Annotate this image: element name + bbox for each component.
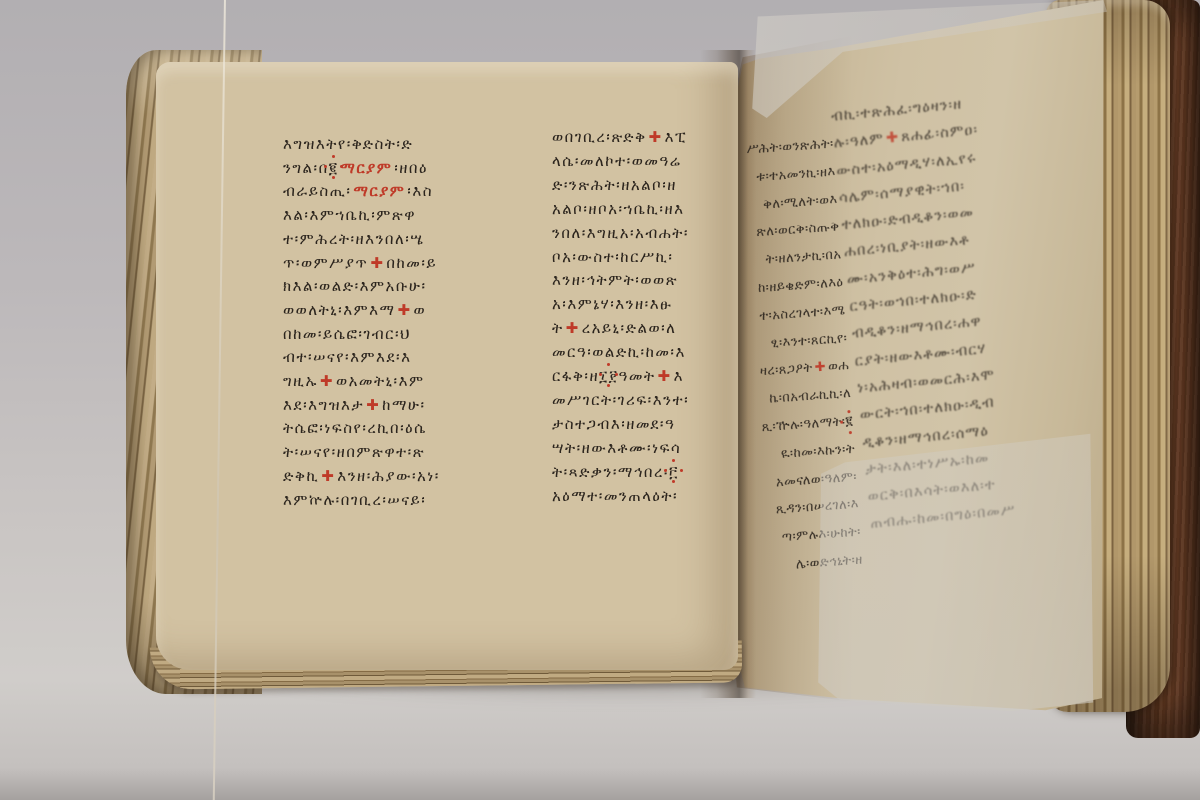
manuscript-text: መሥገርት፡ገሪፍ፡እንተ፡ xyxy=(552,391,689,409)
rubricated-text: ✚ xyxy=(647,128,665,146)
manuscript-text: ቦአ፡ውስተ፡ከርሥኪ፡ xyxy=(552,248,673,266)
manuscript-text: ግዚኡ xyxy=(283,372,318,390)
manuscript-text-line: አዕማተ፡መንጠላዕት፡ xyxy=(552,485,689,509)
manuscript-text: በከመ፡ይሴፎ፡ገብር፡ህ xyxy=(283,325,411,343)
manuscript-text: ክእል፡ወልድ፡እምአቡሁ፡ xyxy=(283,277,427,295)
manuscript-text: አልቦ፡ዘቦአ፡ኀቤኪ፡ዘእ xyxy=(552,200,685,218)
manuscript-text-line: ቦአ፡ውስተ፡ከርሥኪ፡ xyxy=(552,246,689,270)
manuscript-text: ረአይኒ፡ድልወ፡ለ xyxy=(582,319,677,337)
rubricated-text: ✚ xyxy=(395,301,413,319)
manuscript-text: ወአመትኒ፡እም xyxy=(336,372,425,390)
manuscript-text-line: ወወለትኒ፡እምእማ✚ወ xyxy=(283,299,440,323)
manuscript-text: ት xyxy=(552,319,564,337)
ethiopic-numeral: ፪ xyxy=(845,414,854,429)
manuscript-text-line: እግዝእትየ፡ቅድስት፡ድ xyxy=(283,133,440,157)
manuscript-text-line: ሣት፡ዘውእቶሙ፡ነፍሳ xyxy=(552,437,689,461)
manuscript-text: ብራይስጢ፡ xyxy=(283,182,351,200)
manuscript-text: ት፡ጻድቃን፡ማኅበረ፡ xyxy=(552,463,669,481)
manuscript-text-line: አልቦ፡ዘቦአ፡ኀቤኪ፡ዘእ xyxy=(552,198,689,222)
manuscript-text-line: ክእል፡ወልድ፡እምአቡሁ፡ xyxy=(283,275,440,299)
manuscript-text-line: እደ፡እግዝእታ✚ከማሁ፡ xyxy=(283,394,440,418)
manuscript-text: ሉ፡ዓለም xyxy=(833,131,885,152)
manuscript-text: ከ፡ዘይቄድም፡ለእዕ xyxy=(758,275,844,296)
manuscript-text: እ xyxy=(674,367,684,385)
rubricated-text: ✚ xyxy=(364,396,382,414)
manuscript-text: ት፡ዘለንታኪ፡በአ xyxy=(765,247,842,267)
manuscript-text-line: በከመ፡ይሴፎ፡ገብር፡ህ xyxy=(283,323,440,347)
manuscript-text-line: ወበገቢረ፡ጽድቅ✚እፒ xyxy=(552,126,689,150)
tissue-guard-bottom xyxy=(814,428,1096,714)
manuscript-text: አ፡እምኔሃ፡እንዘ፡እፁ xyxy=(552,295,672,313)
manuscript-text: እግዝእትየ፡ቅድስት፡ድ xyxy=(283,135,413,153)
manuscript-text: ታስተጋብእ፡ዘመደ፡ዓ xyxy=(552,415,675,433)
manuscript-text: ት፡ሠናየ፡ዘበምጽዋተ፡ጽ xyxy=(283,443,425,461)
manuscript-text: ጥ፡ወምሥያጥ xyxy=(283,254,368,272)
left-page-text-column-1: እግዝእትየ፡ቅድስት፡ድንግል፡በ፪ማርያም፡ዘበዕብራይስጢ፡ማርያም፡እስ… xyxy=(283,133,440,512)
manuscript-text: ዓመት xyxy=(618,367,655,385)
rubricated-text: ማርያም xyxy=(351,182,407,200)
manuscript-text: ጽለ፡ወርቅ፡ስጡቅ xyxy=(756,220,840,241)
manuscript-text: ቱ፡ተአመንኪ፡ዘእ xyxy=(756,164,836,185)
manuscript-text: ፂ፡እንተ፡ጸርኪየ፡ xyxy=(770,331,847,351)
rubricated-text: ✚ xyxy=(368,254,386,272)
manuscript-text-line: ት፡ጻድቃን፡ማኅበረ፡፫ xyxy=(552,461,689,485)
manuscript-text: ሣት፡ዘውእቶሙ፡ነፍሳ xyxy=(552,439,681,457)
manuscript-text-line: ንግል፡በ፪ማርያም፡ዘበዕ xyxy=(283,157,440,181)
manuscript-text: ንግል፡በ xyxy=(283,159,329,177)
manuscript-text: እንዘ፡ኅትምት፡ወወጽ xyxy=(552,271,678,289)
manuscript-photograph: እግዝእትየ፡ቅድስት፡ድንግል፡በ፪ማርያም፡ዘበዕብራይስጢ፡ማርያም፡እስ… xyxy=(0,0,1200,800)
manuscript-text: ሥሕት፡ወንጽሕት፡ xyxy=(746,137,834,158)
manuscript-text: ኬ፡በአብራኪኪ፡ለ xyxy=(769,386,852,407)
manuscript-text-line: አ፡እምኔሃ፡እንዘ፡እፁ xyxy=(552,293,689,317)
manuscript-text: ወሐ xyxy=(828,358,850,374)
manuscript-text-line: ድ፡ንጽሕት፡ዘአልቦ፡ዘ xyxy=(552,174,689,198)
manuscript-text: ወ xyxy=(414,301,427,319)
rubricated-text: ✚ xyxy=(319,467,337,485)
manuscript-text-line: ርፋቅ፡ዘ፲፻ዓመት✚እ xyxy=(552,365,689,389)
manuscript-text: ትሴፎ፡ነፍስየ፡ረኪበ፡ዕሴ xyxy=(283,419,427,437)
manuscript-text: ዛረ፡ጸጋዖት xyxy=(759,361,813,380)
manuscript-text: እፒ xyxy=(665,128,687,146)
manuscript-text-line: ትሴፎ፡ነፍስየ፡ረኪበ፡ዕሴ xyxy=(283,417,440,441)
manuscript-text-line: መሥገርት፡ገሪፍ፡እንተ፡ xyxy=(552,389,689,413)
manuscript-text: ከማሁ፡ xyxy=(382,396,425,414)
rubricated-text: ✚ xyxy=(564,319,582,337)
left-page-text-column-2: ወበገቢረ፡ጽድቅ✚እፒላሴ፡መለኮተ፡ወመዓሬድ፡ንጽሕት፡ዘአልቦ፡ዘአልቦ… xyxy=(552,126,689,509)
manuscript-text-line: ታስተጋብእ፡ዘመደ፡ዓ xyxy=(552,413,689,437)
manuscript-text: እል፡እምኀቤኪ፡ምጽዋ xyxy=(283,206,416,224)
manuscript-text: ተ፡አስረገላተ፡እሜ xyxy=(759,303,846,324)
manuscript-text-line: ንበለ፡እግዚአ፡አብሐት፡ xyxy=(552,222,689,246)
manuscript-text-line: እንዘ፡ኅትምት፡ወወጽ xyxy=(552,269,689,293)
manuscript-text-line: ት፡ሠናየ፡ዘበምጽዋተ፡ጽ xyxy=(283,441,440,465)
manuscript-text: ንበለ፡እግዚአ፡አብሐት፡ xyxy=(552,224,689,242)
manuscript-text: ድቅኪ xyxy=(283,467,319,485)
manuscript-text: ፡ዘበዕ xyxy=(394,159,428,177)
manuscript-text-line: ድቅኪ✚እንዘ፡ሕያው፡አነ፡ xyxy=(283,465,440,489)
manuscript-text: ድ፡ንጽሕት፡ዘአልቦ፡ዘ xyxy=(552,176,677,194)
rubricated-text: ማርያም xyxy=(338,159,394,177)
ethiopic-numeral: ፫ xyxy=(669,463,679,481)
rubricated-text: ✚ xyxy=(656,367,674,385)
manuscript-text-line: ላሴ፡መለኮተ፡ወመዓሬ xyxy=(552,150,689,174)
manuscript-text: ዪ፡ከመ፡እኩን፡ት xyxy=(780,442,855,462)
manuscript-text-line: ብተ፡ሠናየ፡እምእደ፡እ xyxy=(283,346,440,370)
manuscript-text: መርዓ፡ወልድኪ፡ከመ፡እ xyxy=(552,343,686,361)
manuscript-text: ላሴ፡መለኮተ፡ወመዓሬ xyxy=(552,152,681,170)
rubricated-text: ✚ xyxy=(318,372,336,390)
manuscript-text: ርፋቅ፡ዘ xyxy=(552,367,599,385)
manuscript-text: ጸሐፊ፡ስምዐ፡ xyxy=(901,122,979,145)
manuscript-text: ወበገቢረ፡ጽድቅ xyxy=(552,128,647,146)
manuscript-text: ፡እስ xyxy=(407,182,433,200)
manuscript-text-line: መርዓ፡ወልድኪ፡ከመ፡እ xyxy=(552,341,689,365)
manuscript-text: በከመ፡ይ xyxy=(386,254,437,272)
manuscript-text: ቅለ፡ሚለት፡ወእ xyxy=(763,192,839,212)
manuscript-text-line: እል፡እምኀቤኪ፡ምጽዋ xyxy=(283,204,440,228)
rubricated-text: ✚ xyxy=(812,360,828,376)
ethiopic-numeral: ፪ xyxy=(329,159,339,177)
manuscript-text-line: ጥ፡ወምሥያጥ✚በከመ፡ይ xyxy=(283,252,440,276)
manuscript-text: ጺ፡ዅሉ፡ዓለማት፡ xyxy=(761,414,846,435)
manuscript-text: አዕማተ፡መንጠላዕት፡ xyxy=(552,487,678,505)
ethiopic-numeral: ፲፻ xyxy=(599,367,618,385)
manuscript-text: ተ፡ምሕረት፡ዘእንበለ፡ሤ xyxy=(283,230,425,248)
manuscript-text-line: ግዚኡ✚ወአመትኒ፡እም xyxy=(283,370,440,394)
manuscript-text-line: ብራይስጢ፡ማርያም፡እስ xyxy=(283,180,440,204)
manuscript-text: እምኵሉ፡በገቢረ፡ሠናይ፡ xyxy=(283,491,426,509)
manuscript-text-line: ት✚ረአይኒ፡ድልወ፡ለ xyxy=(552,317,689,341)
rubricated-text: ✚ xyxy=(883,130,902,148)
manuscript-text: ወወለትኒ፡እምእማ xyxy=(283,301,395,319)
manuscript-text-line: እምኵሉ፡በገቢረ፡ሠናይ፡ xyxy=(283,489,440,513)
manuscript-text: ብተ፡ሠናየ፡እምእደ፡እ xyxy=(283,348,411,366)
manuscript-text-line: ተ፡ምሕረት፡ዘእንበለ፡ሤ xyxy=(283,228,440,252)
manuscript-text: እደ፡እግዝእታ xyxy=(283,396,364,414)
manuscript-text: እንዘ፡ሕያው፡አነ፡ xyxy=(337,467,440,485)
